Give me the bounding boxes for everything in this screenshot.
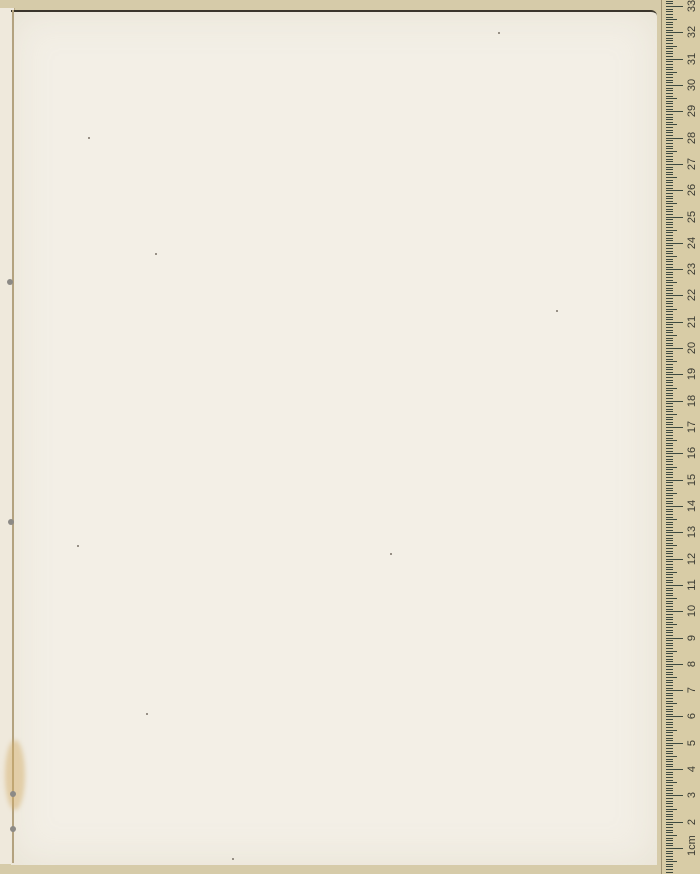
ruler-tick (666, 780, 673, 781)
ruler-tick (666, 814, 673, 815)
ruler-tick (666, 490, 673, 491)
ruler-tick (666, 674, 673, 675)
ruler-tick (666, 377, 673, 378)
ruler-label: 17 (686, 419, 698, 435)
ruler-tick (666, 19, 677, 20)
ruler-tick (666, 438, 673, 439)
ruler-tick (666, 801, 673, 802)
ruler-tick (666, 548, 673, 549)
ruler-tick (666, 282, 677, 283)
ruler-tick (666, 253, 673, 254)
ruler-tick (666, 809, 677, 810)
ruler-tick (666, 638, 683, 639)
ruler-tick (666, 298, 673, 299)
ruler-tick (666, 414, 677, 415)
ruler-label: 27 (686, 156, 698, 172)
ruler-tick (666, 677, 677, 678)
ruler-tick (666, 514, 673, 515)
ruler-tick (666, 559, 683, 560)
ruler-tick (666, 819, 673, 820)
ruler-tick (666, 606, 673, 607)
ruler-tick (666, 822, 683, 823)
ruler-tick (666, 551, 673, 552)
ruler-tick (666, 724, 673, 725)
ruler-tick (666, 840, 673, 841)
paper-speck (88, 137, 90, 139)
ruler-tick (666, 848, 683, 849)
ruler-label: 19 (686, 366, 698, 382)
ruler-tick (666, 680, 673, 681)
ruler-tick (666, 624, 677, 625)
ruler-tick (666, 693, 673, 694)
ruler-tick (666, 627, 673, 628)
ruler-tick (666, 519, 677, 520)
ruler-tick (666, 96, 673, 97)
ruler-tick (666, 714, 673, 715)
ruler-tick (666, 130, 673, 131)
ruler-tick (666, 856, 673, 857)
ruler-label: 8 (686, 656, 698, 672)
ruler-tick (666, 593, 673, 594)
ruler-tick (666, 135, 673, 136)
ruler-tick (666, 327, 673, 328)
ruler-tick (666, 80, 673, 81)
ruler-tick (666, 430, 673, 431)
ruler-tick (666, 235, 673, 236)
ruler-tick (666, 872, 673, 873)
ruler-tick (666, 374, 683, 375)
ruler-tick (666, 761, 673, 762)
ruler-tick (666, 866, 673, 867)
ruler-tick (666, 196, 673, 197)
ruler-tick (666, 22, 673, 23)
ruler-tick (666, 782, 677, 783)
ruler-tick (666, 790, 673, 791)
ruler-tick (666, 180, 673, 181)
ruler-tick (666, 211, 673, 212)
ruler-tick (666, 240, 673, 241)
ruler-tick (666, 843, 673, 844)
ruler-label: 18 (686, 393, 698, 409)
ruler-label: 22 (686, 287, 698, 303)
ruler-tick (666, 798, 673, 799)
ruler-tick (666, 351, 673, 352)
ruler-tick (666, 409, 673, 410)
ruler-tick (666, 480, 683, 481)
ruler-tick (666, 735, 673, 736)
ruler-tick (666, 317, 673, 318)
ruler-tick (666, 774, 673, 775)
ruler-tick (666, 190, 683, 191)
ruler-tick (666, 711, 673, 712)
ruler-tick (666, 440, 677, 441)
paper-speck (155, 253, 157, 255)
ruler-tick (666, 745, 673, 746)
ruler-tick (666, 535, 673, 536)
ruler-tick (666, 788, 673, 789)
ruler-tick (666, 456, 673, 457)
ruler-tick (666, 716, 683, 717)
ruler-tick (666, 706, 673, 707)
ruler-tick (666, 319, 673, 320)
ruler-tick (666, 588, 673, 589)
ruler-tick (666, 74, 673, 75)
ruler-tick (666, 656, 673, 657)
ruler-tick (666, 38, 673, 39)
ruler-tick (666, 106, 673, 107)
ruler-tick (666, 401, 683, 402)
ruler-tick (666, 272, 673, 273)
paper-speck (556, 310, 558, 312)
ruler-tick (666, 632, 673, 633)
ruler-tick (666, 503, 673, 504)
ruler-tick (666, 46, 677, 47)
ruler-tick (666, 703, 677, 704)
ruler-label: 1cm (686, 840, 698, 856)
ruler-tick (666, 477, 673, 478)
ruler-tick (666, 140, 673, 141)
ruler-tick (666, 285, 673, 286)
ruler-tick (666, 3, 673, 4)
ruler-tick (666, 382, 673, 383)
ruler-tick (666, 464, 673, 465)
ruler-tick (666, 51, 673, 52)
ruler-tick (666, 685, 673, 686)
ruler-label: 33 (686, 0, 698, 14)
ruler-tick (666, 851, 673, 852)
ruler-tick (666, 617, 673, 618)
ruler-tick (666, 359, 673, 360)
ruler-tick (666, 759, 673, 760)
ruler-tick (666, 11, 673, 12)
ruler-tick (666, 182, 673, 183)
ruler-tick (666, 214, 673, 215)
ruler-label: 30 (686, 77, 698, 93)
ruler-label: 2 (686, 814, 698, 830)
ruler-tick (666, 345, 673, 346)
ruler-tick (666, 324, 673, 325)
ruler-tick (666, 117, 673, 118)
ruler-tick (666, 472, 673, 473)
ruler-tick (666, 67, 673, 68)
ruler-tick (666, 251, 673, 252)
ruler-tick (666, 511, 673, 512)
ruler-label: 5 (686, 735, 698, 751)
ruler-tick (666, 90, 673, 91)
ruler-tick (666, 493, 677, 494)
ruler-tick (666, 56, 673, 57)
ruler-label: 9 (686, 630, 698, 646)
ruler-tick (666, 488, 673, 489)
ruler-tick (666, 248, 673, 249)
ruler-tick (666, 556, 673, 557)
ruler-tick (666, 222, 673, 223)
ruler-tick (666, 395, 673, 396)
ruler-tick (666, 261, 673, 262)
ruler-tick (666, 595, 673, 596)
ruler-tick (666, 424, 673, 425)
ruler-tick (666, 569, 673, 570)
ruler-tick (666, 322, 683, 323)
ruler-tick (666, 303, 673, 304)
ruler-tick (666, 427, 683, 428)
ruler-label: 15 (686, 472, 698, 488)
ruler-tick (666, 6, 683, 7)
ruler-tick (666, 448, 673, 449)
ruler-tick (666, 72, 677, 73)
ruler-tick (666, 174, 673, 175)
ruler-tick (666, 732, 673, 733)
ruler-tick (666, 101, 673, 102)
ruler-tick (666, 411, 673, 412)
ruler-tick (666, 645, 673, 646)
binding-spine (12, 10, 14, 863)
water-stain (5, 740, 25, 810)
ruler-label: 31 (686, 51, 698, 67)
ruler-tick (666, 417, 673, 418)
ruler-tick (666, 114, 673, 115)
ruler-tick (666, 232, 673, 233)
ruler-tick (666, 445, 673, 446)
ruler-tick (666, 567, 673, 568)
ruler-tick (666, 467, 677, 468)
ruler-tick (666, 601, 673, 602)
ruler-tick (666, 506, 683, 507)
ruler-tick (666, 393, 673, 394)
ruler-tick (666, 453, 683, 454)
ruler-tick (666, 730, 677, 731)
ruler-tick (666, 785, 673, 786)
ruler-tick (666, 811, 673, 812)
ruler-label: 20 (686, 340, 698, 356)
ruler-label: 14 (686, 498, 698, 514)
paper-speck (232, 858, 234, 860)
ruler-tick (666, 227, 673, 228)
ruler-tick (666, 17, 673, 18)
ruler-label: 10 (686, 603, 698, 619)
blank-page (11, 10, 657, 865)
ruler-tick (666, 209, 673, 210)
ruler-tick (666, 43, 673, 44)
ruler-tick (666, 267, 673, 268)
ruler-label: 3 (686, 787, 698, 803)
ruler-tick (666, 861, 677, 862)
binding-hole (10, 791, 16, 797)
ruler-tick (666, 153, 673, 154)
ruler-tick (666, 482, 673, 483)
ruler-tick (666, 803, 673, 804)
ruler-tick (666, 390, 673, 391)
ruler-tick (666, 485, 673, 486)
ruler-tick (666, 509, 673, 510)
paper-speck (77, 545, 79, 547)
ruler-tick (666, 185, 673, 186)
ruler-tick (666, 630, 673, 631)
ruler-tick (666, 82, 673, 83)
ruler-tick (666, 245, 673, 246)
ruler-tick (666, 664, 683, 665)
ruler-tick (666, 119, 673, 120)
ruler-tick (666, 532, 683, 533)
ruler-tick (666, 161, 673, 162)
ruler-tick (666, 838, 673, 839)
ruler-tick (666, 614, 673, 615)
ruler-label: 6 (686, 708, 698, 724)
ruler-tick (666, 753, 673, 754)
ruler-tick (666, 769, 683, 770)
ruler-tick (666, 27, 673, 28)
ruler-tick (666, 648, 673, 649)
ruler-tick (666, 314, 673, 315)
ruler-tick (666, 611, 683, 612)
ruler-tick (666, 188, 673, 189)
ruler-tick (666, 30, 673, 31)
ruler-tick (666, 719, 673, 720)
ruler-label: 29 (686, 103, 698, 119)
ruler-label: 24 (686, 235, 698, 251)
ruler-tick (666, 172, 673, 173)
ruler-tick (666, 277, 673, 278)
ruler-tick (666, 772, 673, 773)
ruler-label: 26 (686, 182, 698, 198)
ruler-label: 25 (686, 209, 698, 225)
ruler-tick (666, 661, 673, 662)
ruler-tick (666, 517, 673, 518)
binding-hole (10, 826, 16, 832)
ruler-tick (666, 69, 673, 70)
ruler-tick (666, 459, 673, 460)
ruler-tick (666, 274, 673, 275)
ruler-tick (666, 722, 673, 723)
ruler-tick (666, 256, 677, 257)
ruler-tick (666, 269, 683, 270)
ruler-tick (666, 146, 673, 147)
ruler-tick (666, 224, 673, 225)
ruler-tick (666, 640, 673, 641)
ruler-tick (666, 332, 673, 333)
ruler-tick (666, 88, 673, 89)
ruler-tick (666, 764, 673, 765)
ruler-tick (666, 61, 673, 62)
ruler-tick (666, 603, 673, 604)
ruler-tick (666, 501, 673, 502)
ruler-tick (666, 311, 673, 312)
ruler-tick (666, 740, 673, 741)
ruler-tick (666, 348, 683, 349)
ruler-tick (666, 85, 683, 86)
ruler-tick (666, 830, 673, 831)
ruler-label: 13 (686, 524, 698, 540)
binding-hole (7, 279, 13, 285)
ruler-tick (666, 859, 673, 860)
ruler-tick (666, 103, 673, 104)
ruler-tick (666, 524, 673, 525)
ruler-tick (666, 388, 677, 389)
ruler-tick (666, 574, 673, 575)
ruler-tick (666, 109, 673, 110)
ruler-tick (666, 727, 673, 728)
ruler-tick (666, 461, 673, 462)
ruler-tick (666, 167, 673, 168)
ruler-tick (666, 564, 673, 565)
ruler-tick (666, 403, 673, 404)
ruler-tick (666, 806, 673, 807)
ruler-tick (666, 824, 673, 825)
ruler-tick (666, 869, 673, 870)
ruler-tick (666, 619, 673, 620)
ruler-tick (666, 259, 673, 260)
ruler-tick (666, 738, 673, 739)
ruler-tick (666, 264, 673, 265)
ruler-tick (666, 795, 683, 796)
ruler-tick (666, 777, 673, 778)
paper-speck (146, 713, 148, 715)
ruler-tick (666, 698, 673, 699)
ruler-tick (666, 143, 673, 144)
binding-hole (8, 519, 14, 525)
ruler-tick (666, 832, 673, 833)
ruler-tick (666, 590, 673, 591)
ruler-tick (666, 64, 673, 65)
ruler-tick (666, 538, 673, 539)
ruler-tick (666, 309, 677, 310)
paper-speck (390, 553, 392, 555)
ruler-tick (666, 622, 673, 623)
ruler-tick (666, 522, 673, 523)
ruler-tick (666, 340, 673, 341)
ruler-tick (666, 230, 677, 231)
ruler-tick (666, 545, 677, 546)
ruler-label: 11 (686, 577, 698, 593)
ruler-tick (666, 835, 677, 836)
ruler-tick (666, 651, 677, 652)
ruler-tick (666, 301, 673, 302)
ruler-tick (666, 609, 673, 610)
ruler-label: 7 (686, 682, 698, 698)
ruler-tick (666, 669, 673, 670)
ruler-tick (666, 32, 683, 33)
ruler-tick (666, 124, 677, 125)
ruler-tick (666, 293, 673, 294)
ruler-tick (666, 406, 673, 407)
ruler-tick (666, 127, 673, 128)
ruler-label: 32 (686, 24, 698, 40)
ruler-tick (666, 672, 673, 673)
ruler-tick (666, 643, 673, 644)
ruler-tick (666, 582, 673, 583)
paper-speck (498, 32, 500, 34)
ruler-tick (666, 553, 673, 554)
ruler-tick (666, 288, 673, 289)
ruler-tick (666, 330, 673, 331)
ruler-tick (666, 751, 673, 752)
ruler-tick (666, 709, 673, 710)
ruler-tick (666, 543, 673, 544)
ruler-tick (666, 572, 677, 573)
ruler-tick (666, 164, 683, 165)
ruler-tick (666, 527, 673, 528)
ruler-tick (666, 219, 673, 220)
ruler-tick (666, 845, 673, 846)
ruler-tick (666, 14, 673, 15)
ruler-tick (666, 217, 683, 218)
ruler-tick (666, 201, 673, 202)
ruler-tick (666, 132, 673, 133)
ruler-tick (666, 335, 677, 336)
ruler-tick (666, 743, 683, 744)
ruler-tick (666, 432, 673, 433)
ruler-tick (666, 756, 677, 757)
